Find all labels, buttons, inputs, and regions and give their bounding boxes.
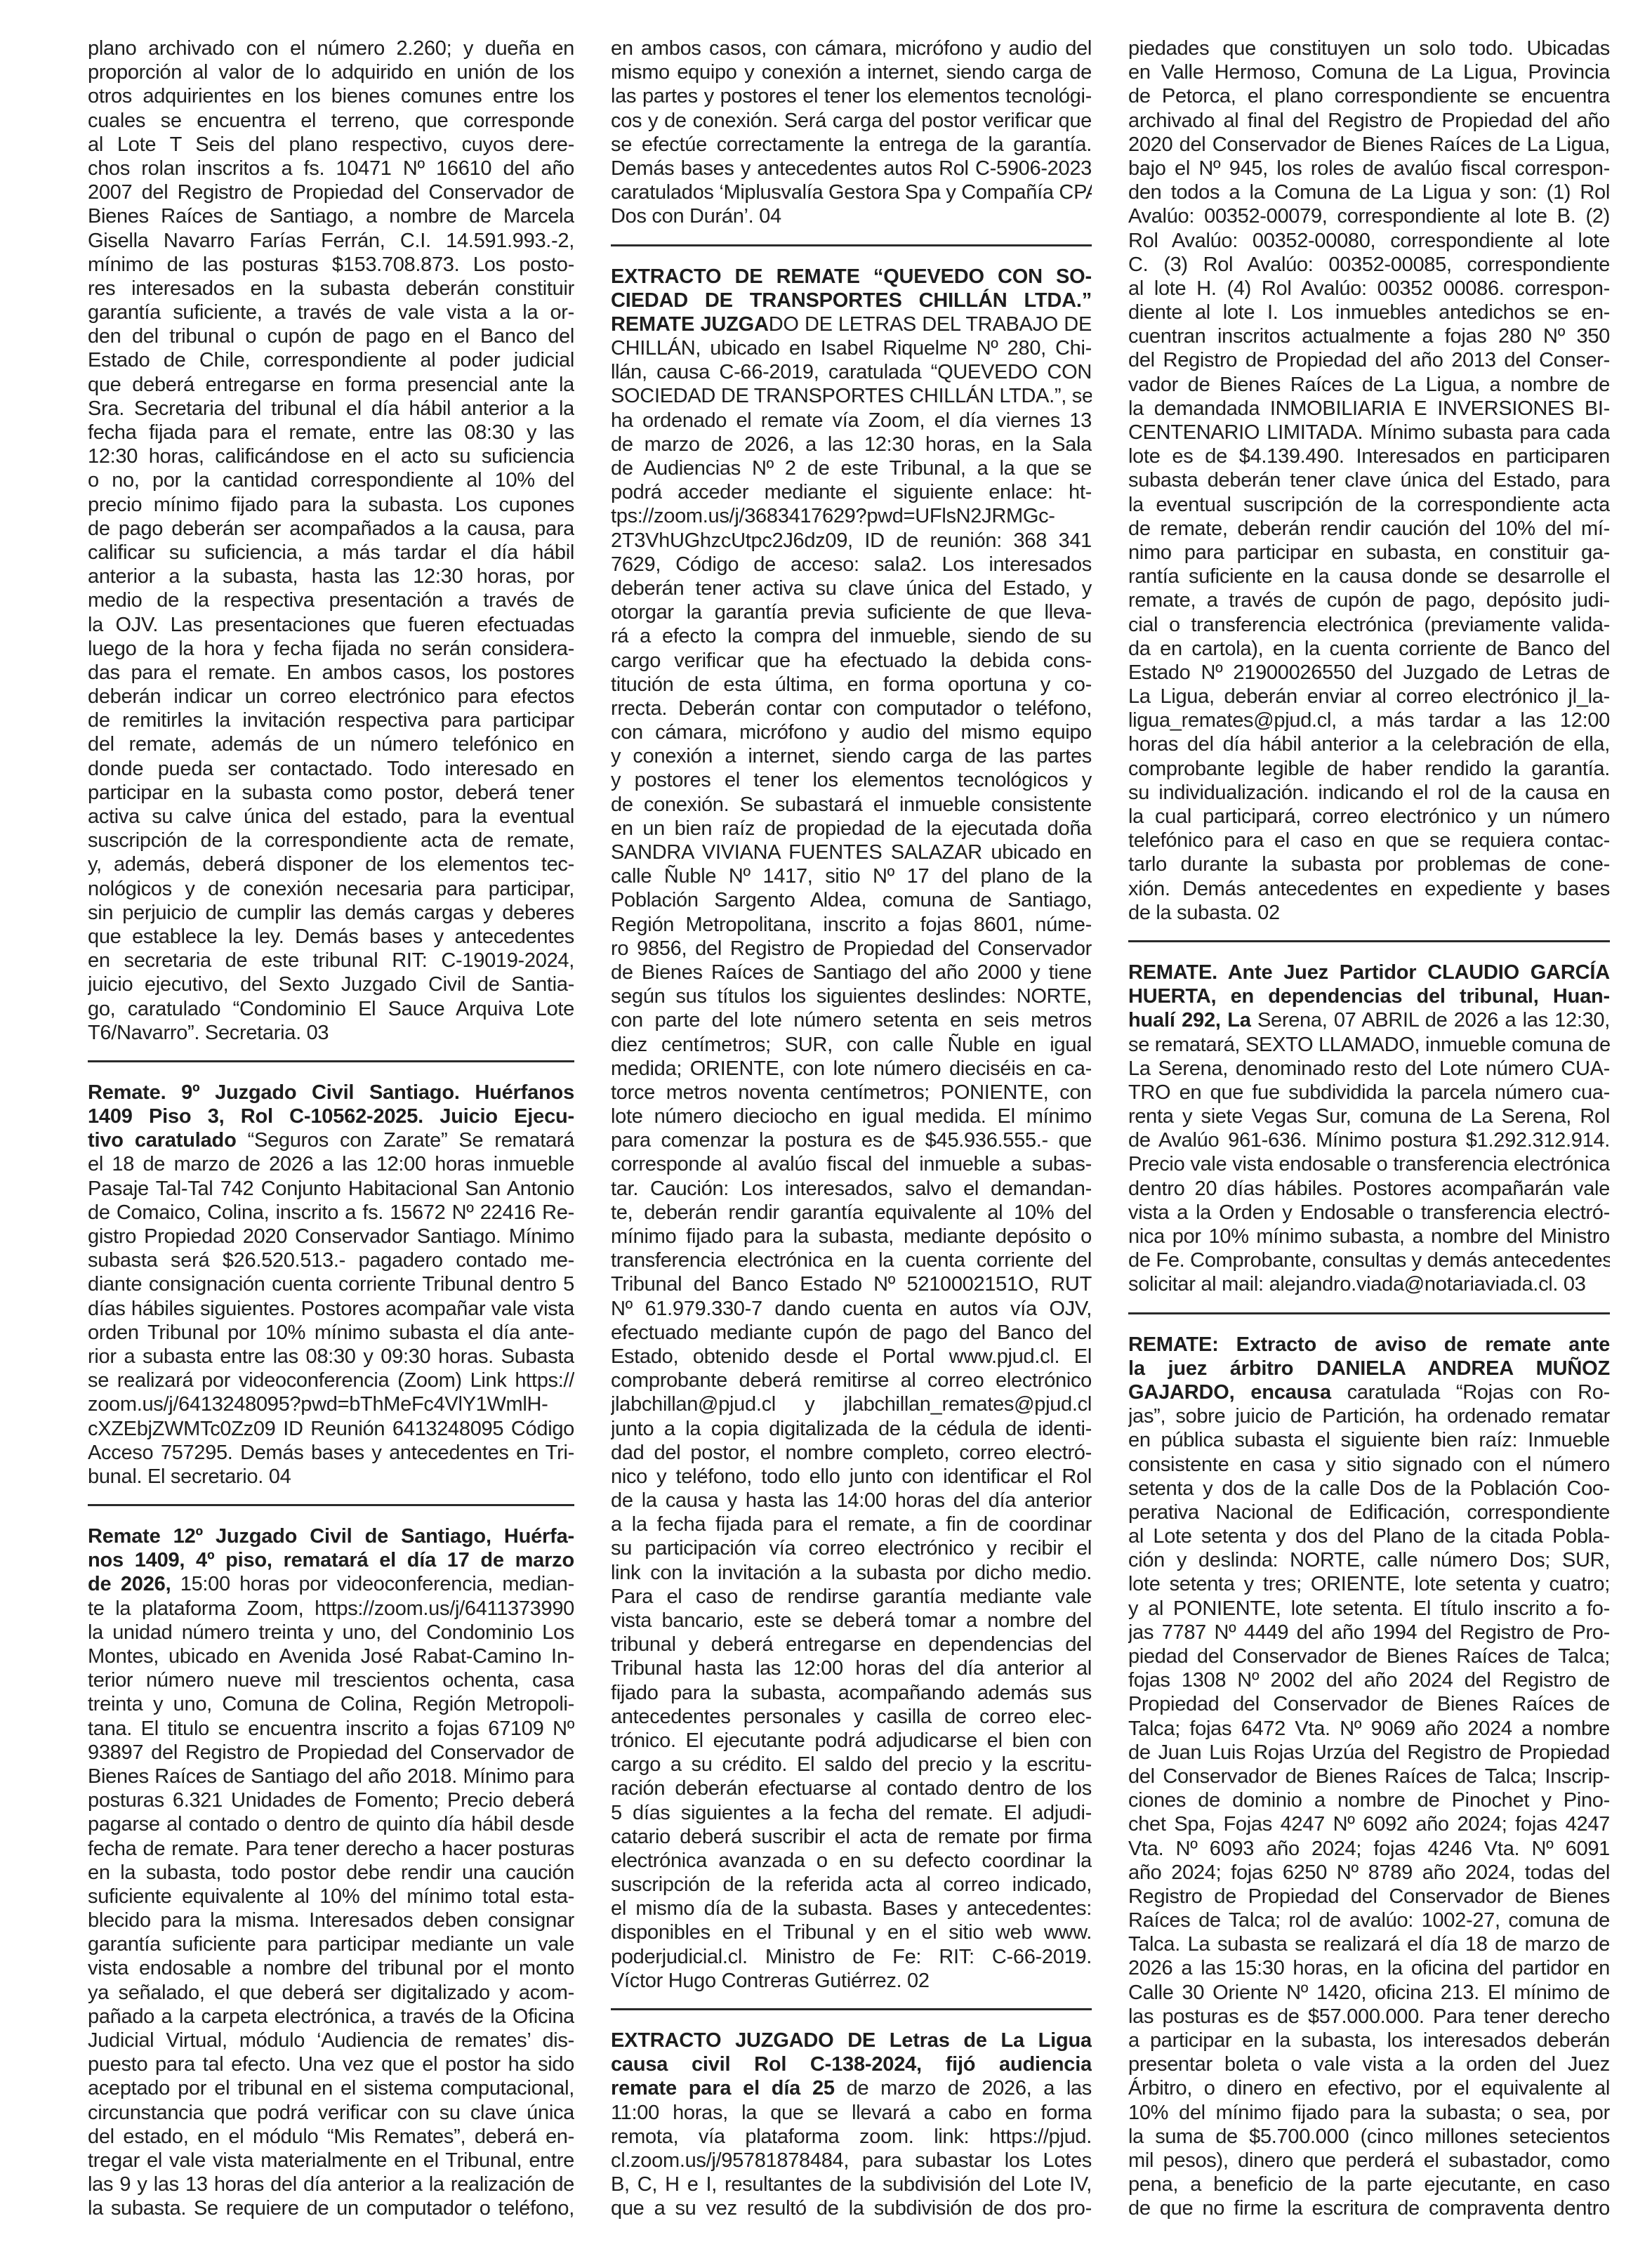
notice-line: de la subasta. 02 <box>1128 901 1610 925</box>
notice-line: 93897 del Registro de Propiedad del Cons… <box>88 1741 574 1765</box>
notice-line: otorgar la garantía previa suficiente de… <box>611 600 1092 624</box>
notice-body-text: al Lote T Seis del plano respectivo, cuy… <box>88 133 574 156</box>
notice-body-text: días hábiles siguientes. Postores acompa… <box>88 1298 574 1320</box>
notice-line: garantía suficiente, a través de vale vi… <box>88 301 574 324</box>
notice-body-text: da en cartola), en la cuenta corriente d… <box>1128 638 1610 660</box>
notice-line: CENTENARIO LIMITADA. Mínimo subasta para… <box>1128 421 1610 444</box>
notice-body-text: nimo para participar en subasta, en cons… <box>1128 541 1610 564</box>
notice-body-text: link con la invitación a la subasta por … <box>611 1562 1092 1584</box>
notice-divider <box>611 244 1092 246</box>
notice-line: mínimo fijado para la subasta, mediante … <box>611 1225 1092 1248</box>
notice-body-text: cargo verificar que ha efectuado la debi… <box>611 650 1092 672</box>
notice-body-text: catario deberá suscribir el acta de rema… <box>611 1826 1092 1848</box>
notice-body-text: otros adquirientes en los bienes comunes… <box>88 85 574 107</box>
notice-line: de conexión. Se subastará el inmueble co… <box>611 793 1092 817</box>
notice-body-text: rior a subasta entre las 08:30 y 09:30 h… <box>88 1345 574 1368</box>
notice-body-text: de marzo de 2026, a las 12:30 horas, en … <box>611 433 1092 456</box>
notice-line: Registro de Propiedad del Conservador de… <box>1128 1885 1610 1908</box>
notice-body-text: poderjudicial.cl. Ministro de Fe: RIT: C… <box>611 1946 1092 1968</box>
notice-body-text: antecedentes personales y casilla de cor… <box>611 1706 1092 1728</box>
notice-line: disponibles en el Tribunal y en el sitio… <box>611 1920 1092 1944</box>
notice-line: garantía suficiente para participar medi… <box>88 1932 574 1956</box>
notice-line: Raíces de Talca; rol de avalúo: 1002-27,… <box>1128 1908 1610 1932</box>
notice-line: juicio ejecutivo, del Sexto Juzgado Civi… <box>88 973 574 996</box>
notice-body-text: SOCIEDAD DE TRANSPORTES CHILLÁN LTDA.”, … <box>611 385 1092 407</box>
notice-body-text: con cámara, micrófono y audio del mismo … <box>611 721 1092 744</box>
notice-line: y, además, deberá disponer de los elemen… <box>88 852 574 876</box>
notice-body-text: comprobante deberá remitirse al correo e… <box>611 1369 1092 1392</box>
notice-line: proporción al valor de lo adquirido en u… <box>88 60 574 84</box>
notice-line: medio de la respectiva presentación a tr… <box>88 588 574 612</box>
notice-body-text: de la subasta. 02 <box>1128 902 1280 924</box>
notice-body-text: garantía suficiente, a través de vale vi… <box>88 301 574 324</box>
notice-line: renta y siete Vegas Sur, comuna de La Se… <box>1128 1105 1610 1128</box>
notice-body-text: 2007 del Registro de Propiedad del Conse… <box>88 181 574 204</box>
notice-body-text: junto a la copia digitalizada de la cédu… <box>611 1418 1092 1440</box>
notice-body-text: juicio ejecutivo, del Sexto Juzgado Civi… <box>88 973 574 996</box>
notice-line: remota, vía plataforma zoom. link: https… <box>611 2125 1092 2149</box>
notice-body-text: Sra. Secretaria del tribunal el día hábi… <box>88 397 574 420</box>
column-1: plano archivado con el número 2.260; y d… <box>88 37 574 2221</box>
notice-body-text: 2026 a las 15:30 horas, en la oficina de… <box>1128 1957 1610 1979</box>
column-2: en ambos casos, con cámara, micrófono y … <box>611 37 1092 2221</box>
notice-body-text: vista a la Orden y Endosable o transfere… <box>1128 1201 1610 1224</box>
notice-line: de Avalúo 961-636. Mínimo postura $1.292… <box>1128 1128 1610 1152</box>
notice-line: ración deberán efectuarse al contado den… <box>611 1776 1092 1800</box>
notice-line: cXZEbjZWMTc0Zz09 ID Reunión 6413248095 C… <box>88 1417 574 1441</box>
notice-body-text: del Registro de Propiedad del año 2013 d… <box>1128 349 1610 371</box>
notice-line: Población Sargento Aldea, comuna de Sant… <box>611 888 1092 912</box>
notice-body-text: T6/Navarro”. Secretaria. 03 <box>88 1022 329 1044</box>
notice-line: diente al lote I. Los inmuebles antedich… <box>1128 301 1610 324</box>
notice-line: SANDRA VIVIANA FUENTES SALAZAR ubicado e… <box>611 840 1092 864</box>
notice-line: según sus títulos los siguientes deslind… <box>611 984 1092 1008</box>
notice-line: las 9 y las 13 horas del día anterior a … <box>88 2173 574 2196</box>
notice-line: jlabchillan@pjud.cl y jlabchillan_remate… <box>611 1392 1092 1416</box>
notice-body-text: caratulada “Rojas con Ro- <box>1331 1381 1610 1404</box>
notice-line: se rematará, SEXTO LLAMADO, inmueble com… <box>1128 1033 1610 1057</box>
legal-notice: Remate 12º Juzgado Civil de Santiago, Hu… <box>88 1524 574 2220</box>
notice-heading-text: GAJARDO, encausa <box>1128 1381 1331 1404</box>
notice-body-text: fecha de remate. Para tener derecho a ha… <box>88 1838 574 1860</box>
notice-line: anterior a la subasta, hasta las 12:30 h… <box>88 565 574 588</box>
notice-line: dentro 20 días hábiles. Postores acompañ… <box>1128 1177 1610 1201</box>
notice-line: ciones de dominio a nombre de Pinochet y… <box>1128 1788 1610 1812</box>
notice-body-text: Víctor Hugo Contreras Gutiérrez. 02 <box>611 1970 930 1992</box>
notice-line: lote es de $4.139.490. Interesados en pa… <box>1128 444 1610 468</box>
notice-line: consistente en casa y sitio signado con … <box>1128 1453 1610 1477</box>
notice-line: que establece la ley. Demás bases y ante… <box>88 925 574 949</box>
column-3: piedades que constituyen un solo todo. U… <box>1128 37 1610 2221</box>
notice-line: Estado de Chile, correspondiente al pode… <box>88 348 574 372</box>
notice-line: mil pesos), dinero que perderá el subast… <box>1128 2149 1610 2173</box>
notice-line: podrá acceder mediante el siguiente enla… <box>611 480 1092 504</box>
notice-line: ha ordenado el remate vía Zoom, el día v… <box>611 409 1092 433</box>
notice-body-text: otorgar la garantía previa suficiente de… <box>611 601 1092 624</box>
notice-body-text: suficiente equivalente al 10% del mínimo… <box>88 1885 574 1908</box>
notice-body-text: mínimo de las posturas $153.708.873. Los… <box>88 253 574 276</box>
notice-line: archivado al final del Registro de Propi… <box>1128 109 1610 133</box>
notice-body-text: telefónico para el caso en que se requie… <box>1128 829 1610 852</box>
notice-line: vador de Bienes Raíces de La Ligua, a no… <box>1128 373 1610 397</box>
notice-line: tar. Caución: Los interesados, salvo el … <box>611 1177 1092 1201</box>
notice-body-text: Gisella Navarro Farías Ferrán, C.I. 14.5… <box>88 230 574 252</box>
notice-body-text: Judicial Virtual, módulo ‘Audiencia de r… <box>88 2029 574 2052</box>
notice-line: Talca. La subasta se realizará el día 18… <box>1128 1932 1610 1956</box>
notice-line: diante consignación cuenta corriente Tri… <box>88 1272 574 1296</box>
notice-line: la OJV. Las presentaciones que fueren ef… <box>88 613 574 637</box>
notice-body-text: en ambos casos, con cámara, micrófono y … <box>611 37 1092 60</box>
notice-body-text: tregar el vale vista materialmente en el… <box>88 2149 574 2172</box>
notice-body-text: Para el caso de rendirse garantía median… <box>611 1585 1092 1608</box>
notice-body-text: fecha fijada para el remate, entre las 0… <box>88 421 574 444</box>
notice-line: Tribunal hasta las 12:00 horas del día a… <box>611 1656 1092 1680</box>
notice-line: la demandada INMOBILIARIA E INVERSIONES … <box>1128 397 1610 421</box>
notice-line: Precio vale vista endosable o transferen… <box>1128 1152 1610 1176</box>
notice-line: Vta. Nº 6093 año 2024; fojas 4246 Vta. N… <box>1128 1837 1610 1861</box>
notice-divider <box>88 1504 574 1506</box>
notice-line: CIEDAD DE TRANSPORTES CHILLÁN LTDA.” <box>611 289 1092 312</box>
notice-line: a la fecha fijada para el remate, a fin … <box>611 1512 1092 1536</box>
notice-line: del Registro de Propiedad del año 2013 d… <box>1128 348 1610 372</box>
notice-line: link con la invitación a la subasta por … <box>611 1561 1092 1585</box>
notice-body-text: das para el remate. En ambos casos, los … <box>88 661 574 684</box>
notice-line: caratulados ‘Miplusvalía Gestora Spa y C… <box>611 180 1092 204</box>
notice-body-text: posturas 6.321 Unidades de Fomento; Prec… <box>88 1789 574 1812</box>
notice-line: de Juan Luis Rojas Urzúa del Registro de… <box>1128 1741 1610 1765</box>
notice-line: chos rolan inscritos a fs. 10471 Nº 1661… <box>88 157 574 180</box>
notice-body-text: o no, por la cantidad correspondiente al… <box>88 469 574 492</box>
notice-line: fojas 1308 Nº 2002 del año 2024 del Regi… <box>1128 1668 1610 1692</box>
notice-body-text: su participación vía correo electrónico … <box>611 1537 1092 1560</box>
notice-line: C. (3) Rol Avalúo: 00352-00085, correspo… <box>1128 253 1610 277</box>
notice-body-text: te, deberán rendir garantía equivalente … <box>611 1201 1092 1224</box>
notice-body-text: que establece la ley. Demás bases y ante… <box>88 925 574 948</box>
notice-line: Bienes Raíces de Santiago, a nombre de M… <box>88 204 574 228</box>
notice-body-text: la demandada INMOBILIARIA E INVERSIONES … <box>1128 397 1610 420</box>
notice-body-text: de Petorca, el plano correspondiente se … <box>1128 85 1610 107</box>
notice-line: del remate, además de un número telefóni… <box>88 732 574 756</box>
notice-heading-text: REMATE: Extracto de aviso de remate ante <box>1128 1333 1610 1356</box>
notice-line: o no, por la cantidad correspondiente al… <box>88 468 574 492</box>
notice-line: CHILLÁN, ubicado en Isabel Riquelme Nº 2… <box>611 336 1092 360</box>
notice-line: calle Ñuble Nº 1417, sitio Nº 17 del pla… <box>611 864 1092 888</box>
notice-heading-text: REMATE. Ante Juez Partidor CLAUDIO GARCÍ… <box>1128 961 1610 984</box>
notice-body-text: mínimo fijado para la subasta, mediante … <box>611 1225 1092 1248</box>
notice-body-text: res interesados en la subasta deberán co… <box>88 277 574 300</box>
notice-body-text: cial o transferencia electrónica (previa… <box>1128 614 1610 636</box>
notice-line: Acceso 757295. Demás bases y antecedente… <box>88 1441 574 1465</box>
notice-line: pañado a la carpeta electrónica, a travé… <box>88 2005 574 2029</box>
notice-line: La Serena, denominado resto del Lote núm… <box>1128 1057 1610 1081</box>
notice-body-text: a la fecha fijada para el remate, a fin … <box>611 1513 1092 1536</box>
notice-line: go, caratulado “Condominio El Sauce Arqu… <box>88 997 574 1021</box>
notice-line: la unidad número treinta y uno, del Cond… <box>88 1621 574 1644</box>
notice-body-text: CENTENARIO LIMITADA. Mínimo subasta para… <box>1128 421 1610 444</box>
notice-body-text: CHILLÁN, ubicado en Isabel Riquelme Nº 2… <box>611 337 1092 360</box>
notice-line: SOCIEDAD DE TRANSPORTES CHILLÁN LTDA.”, … <box>611 384 1092 408</box>
notice-divider <box>611 2008 1092 2010</box>
notice-body-text: renta y siete Vegas Sur, comuna de La Se… <box>1128 1105 1610 1128</box>
notice-body-text: lote setenta y tres; ORIENTE, lote seten… <box>1128 1573 1610 1595</box>
notice-body-text: vista endosable a nombre del tribunal po… <box>88 1957 574 1979</box>
notice-line: Montes, ubicado en Avenida José Rabat-Ca… <box>88 1644 574 1668</box>
notice-body-text: Avalúo: 00352-00079, correspondiente al … <box>1128 205 1610 228</box>
notice-line: la subasta. Se requiere de un computador… <box>88 2196 574 2220</box>
notice-body-text: 11:00 horas, la que se llevará a cabo en… <box>611 2102 1092 2124</box>
notice-body-text: de remate, deberán rendir caución del 10… <box>1128 517 1610 540</box>
notice-line: cos y de conexión. Será carga del postor… <box>611 109 1092 133</box>
notice-body-text: Tribunal hasta las 12:00 horas del día a… <box>611 1657 1092 1680</box>
notice-body-text: setenta y dos de la calle Dos de la Pobl… <box>1128 1477 1610 1500</box>
notice-line: se efectúe correctamente la entrega de l… <box>611 133 1092 157</box>
notice-line: vista a la Orden y Endosable o transfere… <box>1128 1201 1610 1225</box>
notice-line: cuales se encuentra el terreno, que corr… <box>88 109 574 133</box>
notice-line: terior número nueve mil trescientos oche… <box>88 1668 574 1692</box>
legal-notice: en ambos casos, con cámara, micrófono y … <box>611 37 1092 229</box>
notice-heading-text: HUERTA, en dependencias del tribunal, Hu… <box>1128 985 1610 1008</box>
notice-body-text: de Comaico, Colina, inscrito a fs. 15672… <box>88 1201 574 1224</box>
notice-line: y conexión a internet, siendo carga de l… <box>611 744 1092 768</box>
notice-body-text: piedades que constituyen un solo todo. U… <box>1128 37 1610 60</box>
notice-body-text: cargo a su crédito. El saldo del precio … <box>611 1753 1092 1776</box>
notice-line: de pago deberán ser acompañados a la cau… <box>88 517 574 541</box>
notice-line: de Petorca, el plano correspondiente se … <box>1128 84 1610 108</box>
notice-body-text: puesto para tal efecto. Una vez que el p… <box>88 2053 574 2076</box>
notice-line: horas del día hábil anterior a la celebr… <box>1128 732 1610 756</box>
notice-line: tarlo durante la subasta por problemas d… <box>1128 852 1610 876</box>
notice-body-text: horas del día hábil anterior a la celebr… <box>1128 733 1610 756</box>
notice-body-text: treinta y uno, Comuna de Colina, Región … <box>88 1693 574 1715</box>
notice-body-text: trónico. El ejecutante podrá adjudicarse… <box>611 1729 1092 1752</box>
notice-body-text: al Lote setenta y dos del Plano de la ci… <box>1128 1525 1610 1548</box>
notice-body-text: garantía suficiente para participar medi… <box>88 1933 574 1956</box>
notice-line: Propiedad del Conservador de Bienes Raíc… <box>1128 1692 1610 1716</box>
notice-line: suscripción de la correspondiente acta d… <box>88 829 574 852</box>
legal-notice: EXTRACTO DE REMATE “QUEVEDO CON SO-CIEDA… <box>611 265 1092 1993</box>
notice-body-text: tribunal y deberá entregarse en dependen… <box>611 1633 1092 1656</box>
notice-body-text: vista bancario, este se deberá tomar a n… <box>611 1609 1092 1632</box>
notice-line: electrónica avanzada o en su defecto coo… <box>611 1849 1092 1873</box>
notice-body-text: Talca. La subasta se realizará el día 18… <box>1128 1933 1610 1956</box>
notice-body-text: calificar su suficiencia, a más tardar e… <box>88 541 574 564</box>
notice-body-text: SANDRA VIVIANA FUENTES SALAZAR ubicado e… <box>611 841 1092 864</box>
notice-body-text: Estado Nº 21900026550 del Juzgado de Let… <box>1128 661 1610 684</box>
notice-line: en secretaria de este tribunal RIT: C-19… <box>88 949 574 973</box>
notice-body-text: de remitirles la invitación respectiva p… <box>88 709 574 732</box>
notice-line: 2007 del Registro de Propiedad del Conse… <box>88 180 574 204</box>
notice-line: de Fe. Comprobante, consultas y demás an… <box>1128 1248 1610 1272</box>
notice-line: se realizará por videoconferencia (Zoom)… <box>88 1369 574 1392</box>
notice-line: Demás bases y antecedentes autos Rol C-5… <box>611 157 1092 180</box>
notice-line: vista endosable a nombre del tribunal po… <box>88 1956 574 1980</box>
notice-line: Estado, obtenido desde el Portal www.pju… <box>611 1345 1092 1369</box>
notice-line: de Bienes Raíces de Santiago del año 200… <box>611 961 1092 984</box>
notice-line: zoom.us/j/6413248095?pwd=bThMeFc4VlY1Wml… <box>88 1392 574 1416</box>
notice-body-text: la cual participará, correo electrónico … <box>1128 805 1610 828</box>
notice-body-text: de Audiencias Nº 2 de este Tribunal, a l… <box>611 457 1092 480</box>
notice-line: de que no firme la escritura de comprave… <box>1128 2196 1610 2220</box>
legal-notice: REMATE: Extracto de aviso de remate ante… <box>1128 1333 1610 2221</box>
notice-body-text: Bienes Raíces de Santiago, a nombre de M… <box>88 205 574 228</box>
notice-body-text: efectuado mediante cupón de pago del Ban… <box>611 1321 1092 1344</box>
notice-line: causa civil Rol C-138-2024, fijó audienc… <box>611 2052 1092 2076</box>
notice-body-text: mismo equipo y conexión a internet, sien… <box>611 61 1092 84</box>
notice-body-text: sin perjuicio de cumplir las demás carga… <box>88 902 574 924</box>
notice-line: hualí 292, La Serena, 07 ABRIL de 2026 a… <box>1128 1008 1610 1032</box>
notice-line: bajo el Nº 945, los roles de avalúo fisc… <box>1128 157 1610 180</box>
notice-body-text: de la causa y hasta las 14:00 horas del … <box>611 1489 1092 1512</box>
notice-line: 2026 a las 15:30 horas, en la oficina de… <box>1128 1956 1610 1980</box>
notice-body-text: nica por 10% mínimo subasta, a nombre de… <box>1128 1225 1610 1248</box>
notice-body-text: diez centímetros; SUR, con calle Ñuble e… <box>611 1034 1092 1056</box>
notice-line: Pasaje Tal-Tal 742 Conjunto Habitacional… <box>88 1177 574 1201</box>
notice-body-text: en secretaria de este tribunal RIT: C-19… <box>88 949 574 972</box>
notice-line: La Ligua, deberán enviar al correo elect… <box>1128 685 1610 708</box>
notice-line: del estado, en el módulo “Mis Remates”, … <box>88 2125 574 2149</box>
notice-body-text: al lote H. (4) Rol Avalúo: 00352 00086. … <box>1128 277 1610 300</box>
notice-line: den del tribunal o cupón de pago en el B… <box>88 324 574 348</box>
notice-body-text: 2T3VhUGhzcUtpc2J6dz09, ID de reunión: 36… <box>611 529 1092 552</box>
notice-body-text: se rematará, SEXTO LLAMADO, inmueble com… <box>1128 1034 1610 1056</box>
notice-line: del Conservador de Bienes Raíces de Talc… <box>1128 1765 1610 1788</box>
notice-body-text: en pública subasta el siguiente bien raí… <box>1128 1429 1610 1451</box>
notice-line: ligua_remates@pjud.cl, a más tardar a la… <box>1128 708 1610 732</box>
notice-body-text: te la plataforma Zoom, https://zoom.us/j… <box>88 1597 574 1620</box>
notice-body-text: medio de la respectiva presentación a tr… <box>88 589 574 612</box>
notice-line: ro 9856, del Registro de Propiedad del C… <box>611 937 1092 961</box>
notice-body-text: y postores el tener los elementos tecnol… <box>611 769 1092 791</box>
notice-body-text: en la subasta, todo postor debe rendir u… <box>88 1861 574 1884</box>
notice-body-text: de Fe. Comprobante, consultas y demás an… <box>1128 1249 1610 1272</box>
notice-line: poderjudicial.cl. Ministro de Fe: RIT: C… <box>611 1945 1092 1969</box>
notice-body-text: su individualización. indicando el rol d… <box>1128 782 1610 804</box>
notice-body-text: aceptado por el tribunal en el sistema c… <box>88 2077 574 2099</box>
notice-line: al Lote setenta y dos del Plano de la ci… <box>1128 1524 1610 1548</box>
notice-line: llán, causa C-66-2019, caratulada “QUEVE… <box>611 360 1092 384</box>
notice-body-text: año 2024; fojas 6250 Nº 8789 año 2024, t… <box>1128 1861 1610 1884</box>
notice-line: tregar el vale vista materialmente en el… <box>88 2149 574 2173</box>
notice-body-text: el mismo día de la subasta. Bases y ante… <box>611 1897 1092 1920</box>
notice-body-text: Raíces de Talca; rol de avalúo: 1002-27,… <box>1128 1909 1610 1932</box>
notice-heading-text: hualí 292, La <box>1128 1009 1251 1031</box>
notice-line: suficiente equivalente al 10% del mínimo… <box>88 1885 574 1908</box>
notice-body-text: y, además, deberá disponer de los elemen… <box>88 853 574 876</box>
notice-body-text: Rol Avalúo: 00352-00080, correspondiente… <box>1128 230 1610 252</box>
notice-body-text: rrecta. Deberán contar con computador o … <box>611 697 1092 720</box>
notice-body-text: archivado al final del Registro de Propi… <box>1128 110 1610 132</box>
notice-line: Nº 61.979.330-7 dando cuenta en autos ví… <box>611 1297 1092 1321</box>
notice-line: piedad del Conservador de Bienes Raíces … <box>1128 1644 1610 1668</box>
notice-body-text: ciones de dominio a nombre de Pinochet y… <box>1128 1789 1610 1812</box>
notice-line: 10% del mínimo fijado para la subasta; o… <box>1128 2101 1610 2125</box>
notice-divider <box>1128 1312 1610 1314</box>
notice-divider <box>1128 940 1610 942</box>
notice-body-text: cos y de conexión. Será carga del postor… <box>611 110 1092 132</box>
notice-line: EXTRACTO DE REMATE “QUEVEDO CON SO- <box>611 265 1092 289</box>
notice-line: 2020 del Conservador de Bienes Raíces de… <box>1128 133 1610 157</box>
notice-line: plano archivado con el número 2.260; y d… <box>88 37 574 60</box>
notice-body-text: cl.zoom.us/j/95781878484, para subastar … <box>611 2149 1092 2172</box>
notice-body-text: Dos con Durán’. 04 <box>611 205 781 228</box>
notice-body-text: Población Sargento Aldea, comuna de Sant… <box>611 889 1092 911</box>
notice-line: nológicos y de conexión necesaria para p… <box>88 877 574 901</box>
notice-body-text: “Seguros con Zarate” Se rematará <box>237 1129 574 1152</box>
notice-line: treinta y uno, Comuna de Colina, Región … <box>88 1692 574 1716</box>
notice-body-text: subasta será $26.520.513.- pagadero cont… <box>88 1249 574 1272</box>
notice-line: bunal. El secretario. 04 <box>88 1465 574 1489</box>
notice-body-text: de marzo de 2026, a las <box>835 2077 1092 2099</box>
notice-line: den todos a la Comuna de La Ligua y son:… <box>1128 180 1610 204</box>
notice-line: precio mínimo fijado para la subasta. Lo… <box>88 493 574 517</box>
notice-line: con parte del lote número setenta en sei… <box>611 1008 1092 1032</box>
notice-body-text: tana. El titulo se encuentra inscrito a … <box>88 1718 574 1740</box>
notice-body-text: que deberá entregarse en forma presencia… <box>88 374 574 396</box>
notice-line: B, C, H e I, resultantes de la subdivisi… <box>611 2173 1092 2196</box>
notice-line: cargo verificar que ha efectuado la debi… <box>611 649 1092 673</box>
notice-body-text: subasta deberán tener clave única del Es… <box>1128 469 1610 492</box>
notice-body-text: zoom.us/j/6413248095?pwd=bThMeFc4VlY1Wml… <box>88 1393 548 1416</box>
notice-body-text: suscripción de la correspondiente acta d… <box>88 829 574 852</box>
notice-body-text: deberán tener activa su clave única del … <box>611 577 1092 600</box>
notice-line: Avalúo: 00352-00079, correspondiente al … <box>1128 204 1610 228</box>
notice-line: trónico. El ejecutante podrá adjudicarse… <box>611 1729 1092 1753</box>
notice-line: deberán tener activa su clave única del … <box>611 576 1092 600</box>
notice-line: vista bancario, este se deberá tomar a n… <box>611 1609 1092 1633</box>
notice-line: setenta y dos de la calle Dos de la Pobl… <box>1128 1477 1610 1501</box>
notice-body-text: den del tribunal o cupón de pago en el B… <box>88 325 574 348</box>
notice-line: junto a la copia digitalizada de la cédu… <box>611 1417 1092 1441</box>
notice-body-text: electrónica avanzada o en su defecto coo… <box>611 1850 1092 1872</box>
notice-body-text: ro 9856, del Registro de Propiedad del C… <box>611 937 1092 960</box>
notice-line: de Audiencias Nº 2 de este Tribunal, a l… <box>611 456 1092 480</box>
notice-body-text: ción y deslinda: NORTE, calle número Dos… <box>1128 1549 1610 1571</box>
notice-line: participar en la subasta como postor, de… <box>88 781 574 805</box>
notice-body-text: de pago deberán ser acompañados a la cau… <box>88 517 574 540</box>
notice-line: cial o transferencia electrónica (previa… <box>1128 613 1610 637</box>
notice-body-text: la suma de $5.700.000 (cinco millones se… <box>1128 2125 1610 2148</box>
notice-line: cargo a su crédito. El saldo del precio … <box>611 1753 1092 1776</box>
notice-body-text: caratulados ‘Miplusvalía Gestora Spa y C… <box>611 181 1092 204</box>
notice-line: das para el remate. En ambos casos, los … <box>88 661 574 685</box>
notice-body-text: activa su calve única del estado, para l… <box>88 805 574 828</box>
notice-body-text: fijado para la subasta, acompañando adem… <box>611 1682 1092 1704</box>
notice-line: fijado para la subasta, acompañando adem… <box>611 1681 1092 1705</box>
notice-body-text: ración deberán efectuarse al contado den… <box>611 1777 1092 1800</box>
notice-divider <box>88 1060 574 1062</box>
notice-line: corresponde al avalúo fiscal del inmuebl… <box>611 1152 1092 1176</box>
notice-body-text: las 9 y las 13 horas del día anterior a … <box>88 2173 574 2196</box>
notice-line: medida; ORIENTE, con lote número diecisé… <box>611 1057 1092 1081</box>
notice-line: GAJARDO, encausa caratulada “Rojas con R… <box>1128 1380 1610 1404</box>
notice-heading-text: Remate. 9º Juzgado Civil Santiago. Huérf… <box>88 1081 574 1104</box>
notice-body-text: presentar boleta o vale vista a la orden… <box>1128 2053 1610 2076</box>
notice-body-text: corresponde al avalúo fiscal del inmuebl… <box>611 1153 1092 1175</box>
notice-body-text: rá a efecto la compra del inmueble, sien… <box>611 625 1092 647</box>
notice-line: las posturas es de $57.000.000. Para ten… <box>1128 2005 1610 2029</box>
notice-body-text: Tribunal del Banco Estado Nº 5210002151O… <box>611 1273 1092 1295</box>
notice-body-text: y conexión a internet, siendo carga de l… <box>611 745 1092 767</box>
notice-body-text: pagarse al contado o dentro de quinto dí… <box>88 1813 574 1835</box>
notice-line: pagarse al contado o dentro de quinto dí… <box>88 1812 574 1836</box>
notice-body-text: ligua_remates@pjud.cl, a más tardar a la… <box>1128 709 1610 732</box>
notice-body-text: nico y teléfono, todo ello junto con ide… <box>611 1465 1092 1488</box>
notice-body-text: DO DE LETRAS DEL TRABAJO DE <box>769 313 1092 336</box>
legal-notice: plano archivado con el número 2.260; y d… <box>88 37 574 1045</box>
notice-body-text: nológicos y de conexión necesaria para p… <box>88 878 574 900</box>
notice-body-text: fojas 1308 Nº 2002 del año 2024 del Regi… <box>1128 1669 1610 1692</box>
notice-line: rantía suficiente en la causa donde se d… <box>1128 565 1610 588</box>
